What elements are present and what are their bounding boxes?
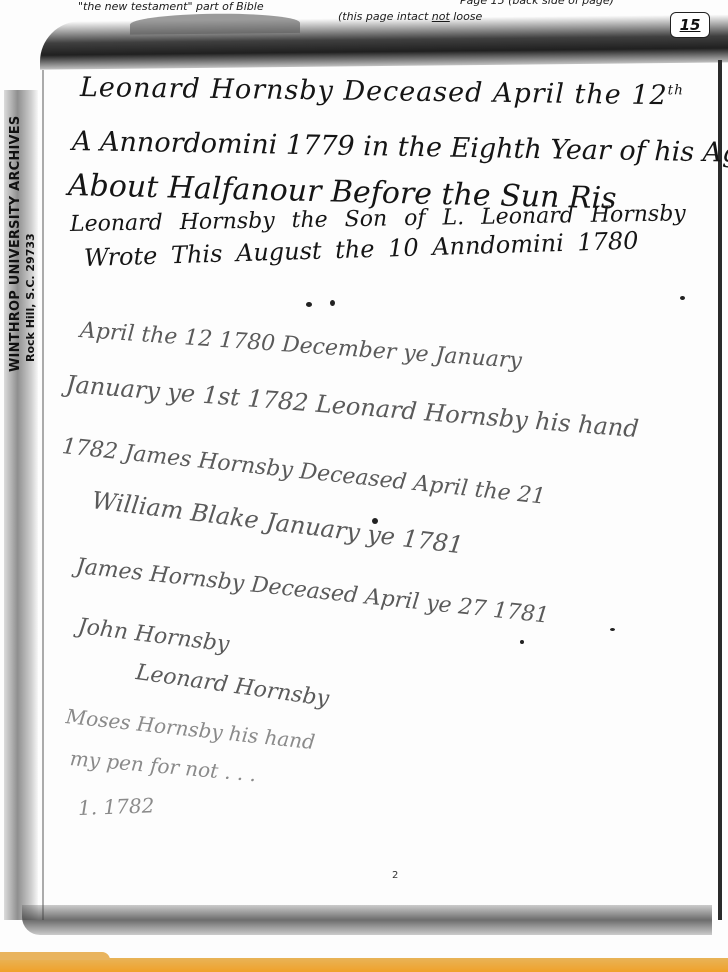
annotation-prefix: (this page intact bbox=[338, 10, 432, 23]
stamp-institution: WINTHROP UNIVERSITY ARCHIVES bbox=[8, 72, 24, 372]
archive-stamp: WINTHROP UNIVERSITY ARCHIVES Rock Hill, … bbox=[8, 72, 38, 372]
annotation-new-testament: "the new testament" part of Bible bbox=[78, 0, 264, 13]
ink-speck bbox=[330, 300, 335, 306]
handwritten-line: Moses Hornsby his hand bbox=[65, 704, 316, 754]
annotation-emphasis: not bbox=[432, 10, 450, 23]
ink-speck bbox=[520, 640, 524, 644]
annotation-page-intact: (this page intact not loose bbox=[338, 10, 482, 23]
line-text: Leonard Hornsby Deceased April the 12 bbox=[80, 72, 668, 111]
page-right-edge bbox=[718, 60, 722, 920]
page-number: 15 bbox=[680, 16, 701, 34]
handwritten-line: my pen for not . . . bbox=[69, 746, 257, 786]
annotation-page-back: Page 15 (back side of page) bbox=[460, 0, 614, 7]
handwritten-line: John Hornsby bbox=[76, 614, 230, 657]
ink-speck bbox=[610, 628, 615, 631]
page-number-box: 15 bbox=[670, 12, 710, 38]
page-left-edge bbox=[42, 70, 44, 920]
handwritten-line: Leonard Hornsby bbox=[134, 660, 330, 712]
handwritten-line: April the 12 1780 December ye January bbox=[79, 318, 522, 374]
handwritten-line: January ye 1st 1782 Leonard Hornsby his … bbox=[65, 370, 640, 443]
bottom-mark: 2 bbox=[392, 870, 398, 881]
handwritten-line: William Blake January ye 1781 bbox=[90, 486, 465, 559]
stamp-location: Rock Hill, S.C. 29733 bbox=[24, 72, 38, 372]
handwritten-line: A Annordomini 1779 in the Eighth Year of… bbox=[72, 126, 728, 169]
line-superscript: th bbox=[668, 82, 684, 98]
handwritten-line: 1. 1782 bbox=[78, 793, 155, 820]
handwritten-line: James Hornsby Deceased April ye 27 1781 bbox=[75, 554, 550, 629]
handwritten-line: Leonard Hornsby Deceased April the 12th bbox=[80, 72, 684, 111]
ink-speck bbox=[680, 296, 685, 300]
ink-speck bbox=[306, 302, 312, 307]
ink-speck bbox=[372, 518, 378, 524]
scanned-document-page: "the new testament" part of Bible Page 1… bbox=[0, 0, 728, 972]
scan-bed-strip bbox=[0, 958, 728, 972]
bottom-edge-shadow bbox=[22, 905, 712, 935]
annotation-suffix: loose bbox=[450, 10, 483, 23]
